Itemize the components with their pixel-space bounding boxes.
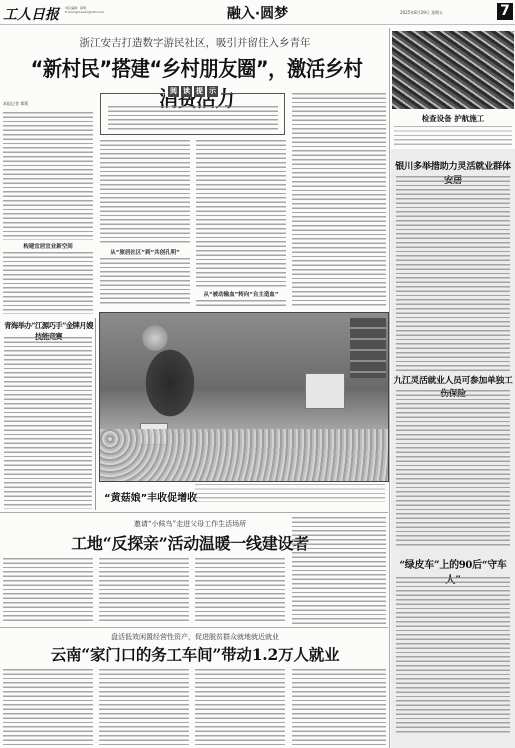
photo-caption-title: “黄菇娘”丰收促增收 [104, 489, 197, 504]
story3-headline[interactable]: 云南“家门口的务工车间”带动1.2万人就业 [20, 643, 370, 665]
story2-body-col2 [99, 558, 189, 624]
section-divider [0, 512, 388, 513]
left-story-body [4, 337, 92, 509]
photo-harvest-pile [100, 429, 388, 481]
photo-shelf [350, 318, 386, 378]
section-divider [0, 627, 388, 628]
story3-body-col4 [292, 669, 386, 745]
story2-kicker: 邀请“小候鸟”走进父母工作生活场所 [60, 519, 320, 529]
story3-kicker: 盘活低效闲置经营性资产，促进脱贫群众就地就近就业 [60, 632, 330, 642]
issue-date: 2025年8月29日 星期五 [400, 10, 443, 16]
story3-body-col3 [195, 669, 285, 745]
lead-byline: 本报记者 郑莉 [3, 101, 28, 107]
tip-char: 提 [194, 86, 205, 97]
lead-body-col2 [100, 140, 190, 245]
reading-tip-title: 阅 读 提 示 [165, 86, 221, 97]
story2-body-col1 [3, 558, 93, 624]
tip-char: 读 [181, 86, 192, 97]
lead-body-col2b [100, 258, 190, 306]
masthead: 工人日报 责任编辑：郝明 E-mail:grbxwzx@163.com 融入·圆… [0, 0, 515, 25]
right-photo-caption: 检查设备 护航施工 [392, 113, 514, 124]
column-divider [389, 28, 390, 748]
lead-body-col1 [3, 112, 93, 240]
story3-body-col2 [99, 669, 189, 745]
photo-equipment-check[interactable] [392, 31, 514, 109]
tip-char: 示 [207, 86, 218, 97]
right-story1-body [396, 176, 510, 372]
lead-subhead-1: 构建宜居宜业新空间 [3, 242, 93, 250]
photo-box [305, 373, 345, 409]
reading-tip-text [108, 106, 278, 131]
tip-char: 阅 [168, 86, 179, 97]
right-story2-body [396, 390, 510, 548]
lead-body-col3b [196, 300, 286, 309]
story3-body-col1 [3, 669, 93, 745]
photo-mushroom-harvest[interactable] [99, 312, 389, 482]
page-number-badge: 7 [497, 3, 513, 20]
lead-subhead-3: 从“旅居社区”到“共创孔明” [100, 248, 190, 256]
right-story3-body [396, 577, 510, 733]
right-photo-text [394, 126, 512, 146]
lead-subhead-2: 从“被动输血”转向“自主造血” [196, 290, 286, 298]
story2-body-col4 [292, 517, 386, 624]
lead-body-col4 [292, 93, 386, 308]
lead-body-col1b [3, 252, 93, 314]
lead-kicker: 浙江安吉打造数字游民社区，吸引并留住入乡青年 [30, 35, 360, 50]
lead-body-col3 [196, 140, 286, 288]
photo-caption-text [195, 484, 385, 502]
story2-body-col3 [195, 558, 285, 624]
